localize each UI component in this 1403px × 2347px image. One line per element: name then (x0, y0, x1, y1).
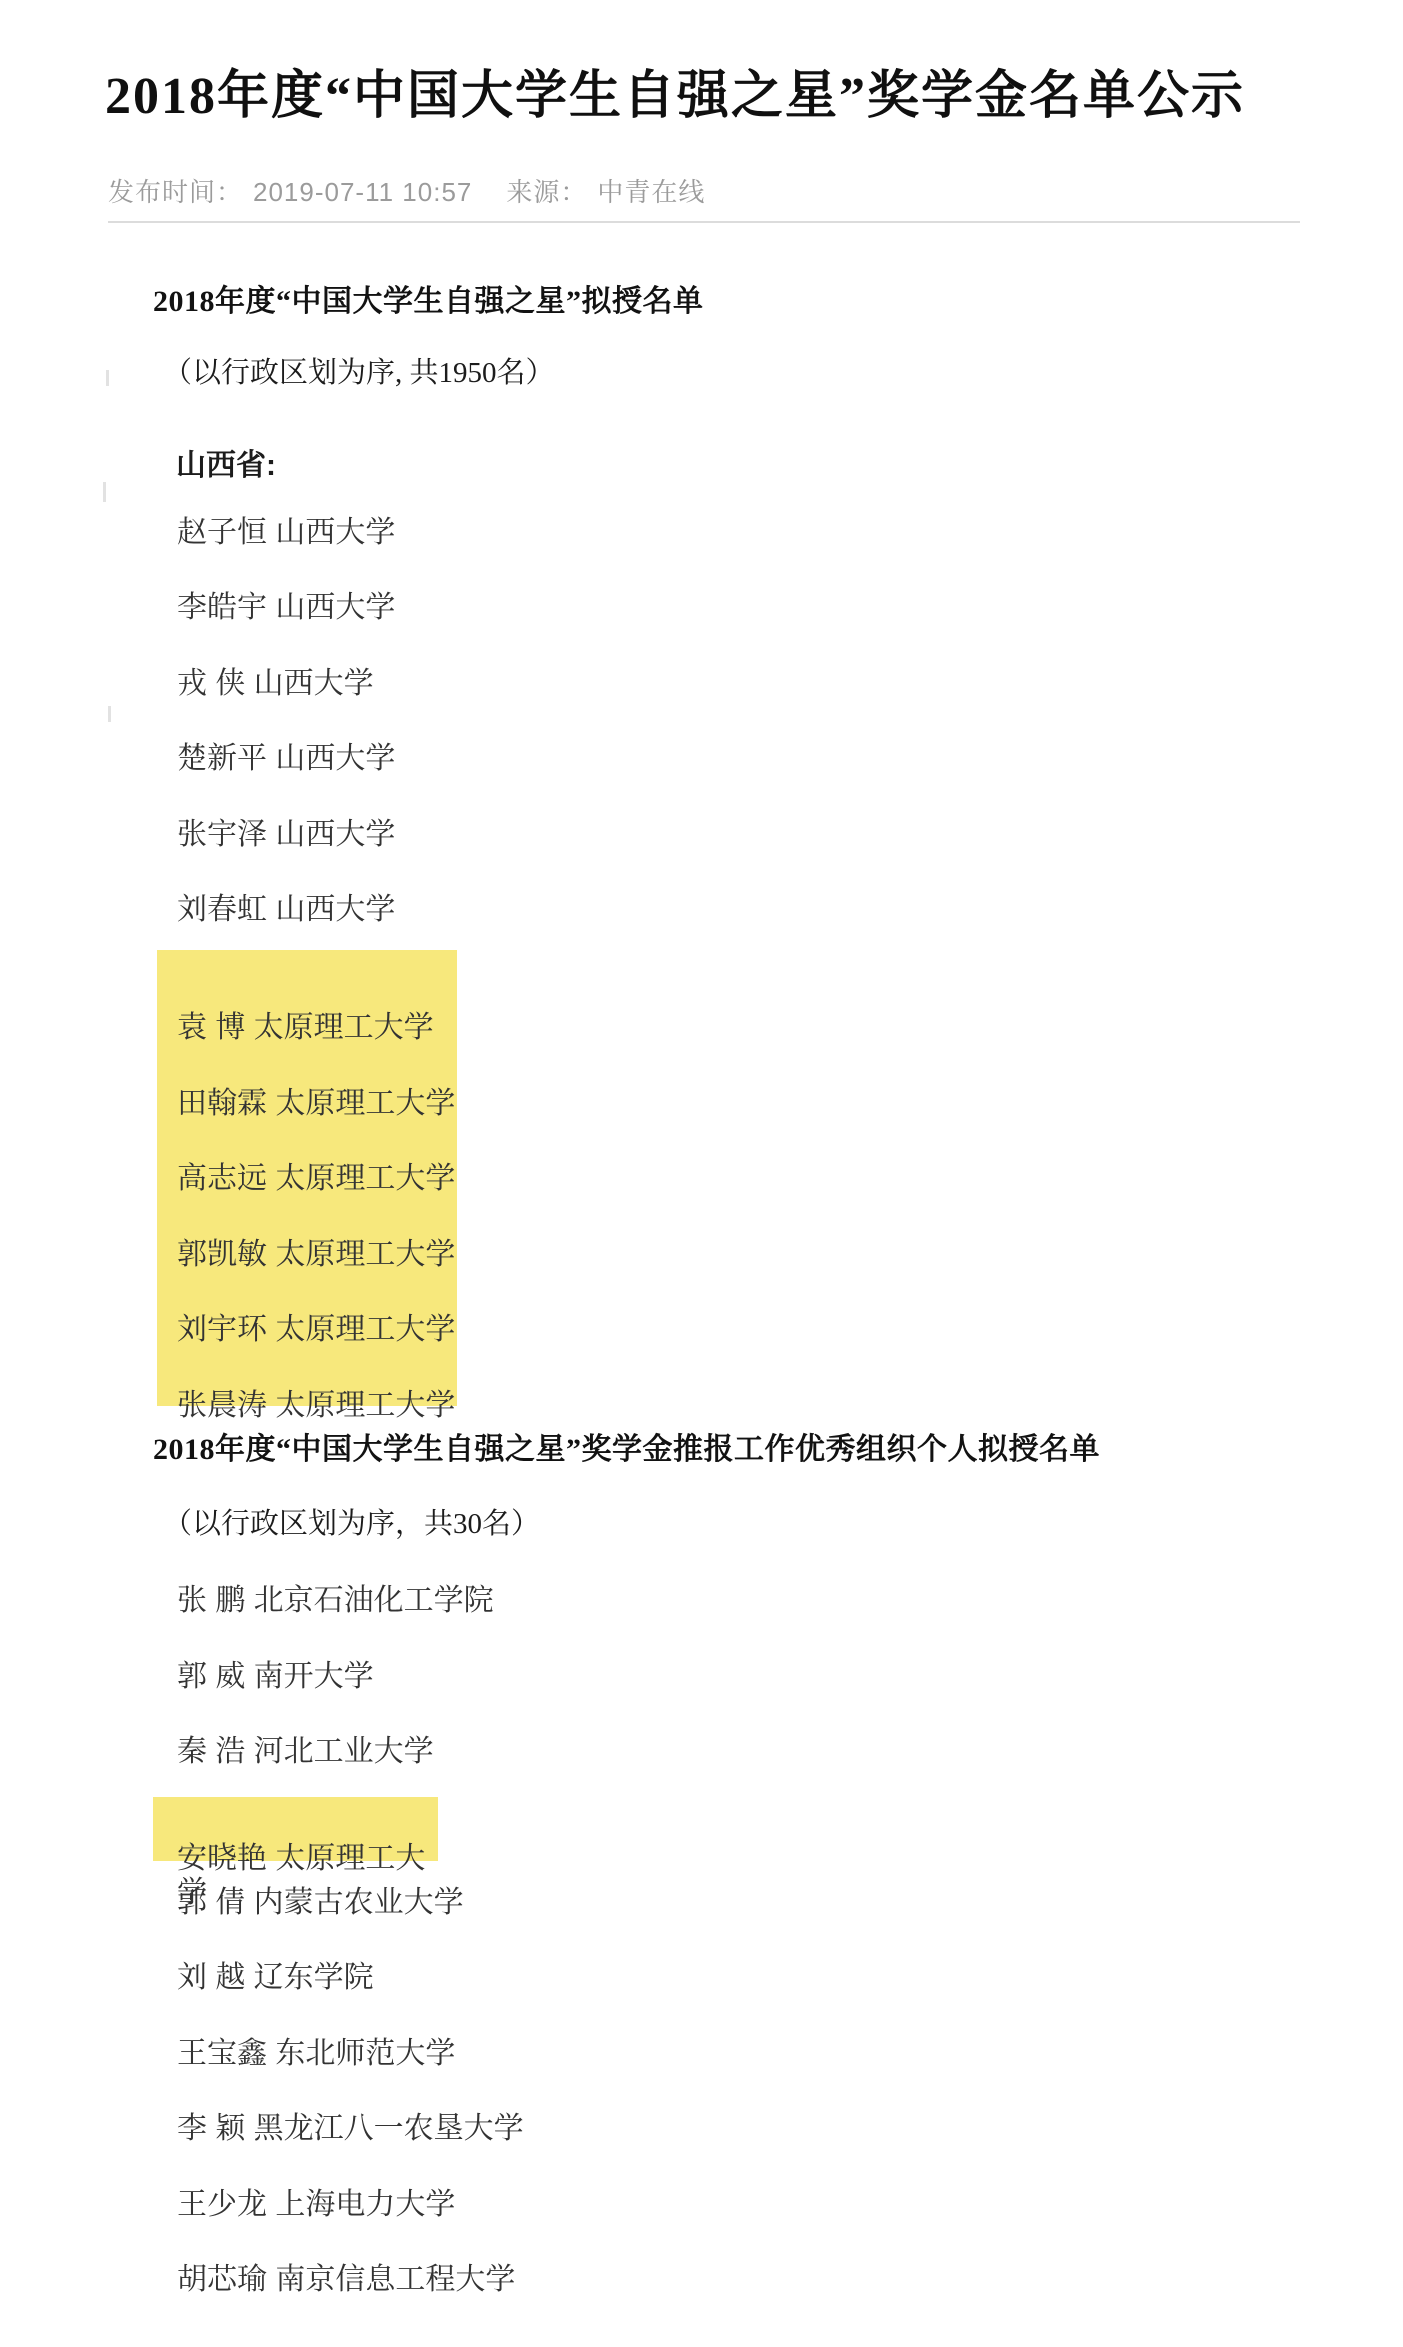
list-item: 刘 越 辽东学院 (177, 1961, 374, 1995)
section2-subtitle: （以行政区划为序，共30名） (163, 1501, 540, 1542)
list-item: 赵子恒 山西大学 (177, 516, 395, 550)
page-title: 2018年度“中国大学生自强之星”奖学金名单公示 (105, 68, 1245, 125)
source-label: 来源： (506, 177, 587, 207)
highlighted-list-item: 刘宇环 太原理工大学 (177, 1313, 455, 1347)
margin-artifact (103, 482, 106, 502)
highlighted-list-item: 郭凯敏 太原理工大学 (177, 1238, 455, 1272)
header-divider (108, 221, 1300, 223)
margin-artifact (106, 370, 109, 386)
list-item: 张 鹏 北京石油化工学院 (177, 1584, 494, 1618)
publish-time-label: 发布时间： (108, 177, 243, 207)
source-value: 中青在线 (597, 177, 705, 207)
list-item: 李皓宇 山西大学 (177, 591, 395, 625)
list-item: 张宇泽 山西大学 (177, 818, 395, 852)
publish-time-value: 2019-07-11 10:57 (253, 177, 472, 207)
list-item: 李 颖 黑龙江八一农垦大学 (177, 2112, 524, 2146)
publish-meta: 发布时间：2019-07-11 10:57来源：中青在线 (108, 172, 705, 209)
section2-heading: 2018年度“中国大学生自强之星”奖学金推报工作优秀组织个人拟授名单 (153, 1424, 1100, 1468)
list-item: 胡芯瑜 南京信息工程大学 (177, 2263, 515, 2297)
section1-subtitle: （以行政区划为序, 共1950名） (163, 350, 555, 391)
highlighted-list-item: 高志远 太原理工大学 (177, 1162, 455, 1196)
list-item: 王少龙 上海电力大学 (177, 2188, 455, 2222)
highlight-block: 安晓艳 太原理工大学 (153, 1797, 438, 1861)
list-item: 郭 倩 内蒙古农业大学 (177, 1886, 464, 1920)
highlight-block: 袁 博 太原理工大学 田翰霖 太原理工大学 高志远 太原理工大学 郭凯敏 太原理… (157, 950, 457, 1406)
list-item: 秦 浩 河北工业大学 (177, 1735, 434, 1769)
province-heading: 山西省: (176, 440, 276, 484)
list-item: 戎 侠 山西大学 (177, 667, 374, 701)
margin-artifact (108, 706, 111, 722)
list-item: 楚新平 山西大学 (177, 742, 395, 776)
list-item: 王宝鑫 东北师范大学 (177, 2037, 455, 2071)
list-item: 刘春虹 山西大学 (177, 893, 395, 927)
highlighted-list-item: 袁 博 太原理工大学 (177, 1011, 434, 1045)
section1-heading: 2018年度“中国大学生自强之星”拟授名单 (153, 276, 704, 320)
list-item: 郭 威 南开大学 (177, 1660, 374, 1694)
highlighted-list-item: 田翰霖 太原理工大学 (177, 1087, 455, 1121)
highlighted-list-item: 张晨涛 太原理工大学 (177, 1389, 455, 1423)
announcement-page: 2018年度“中国大学生自强之星”奖学金名单公示 发布时间：2019-07-11… (0, 0, 1403, 2347)
